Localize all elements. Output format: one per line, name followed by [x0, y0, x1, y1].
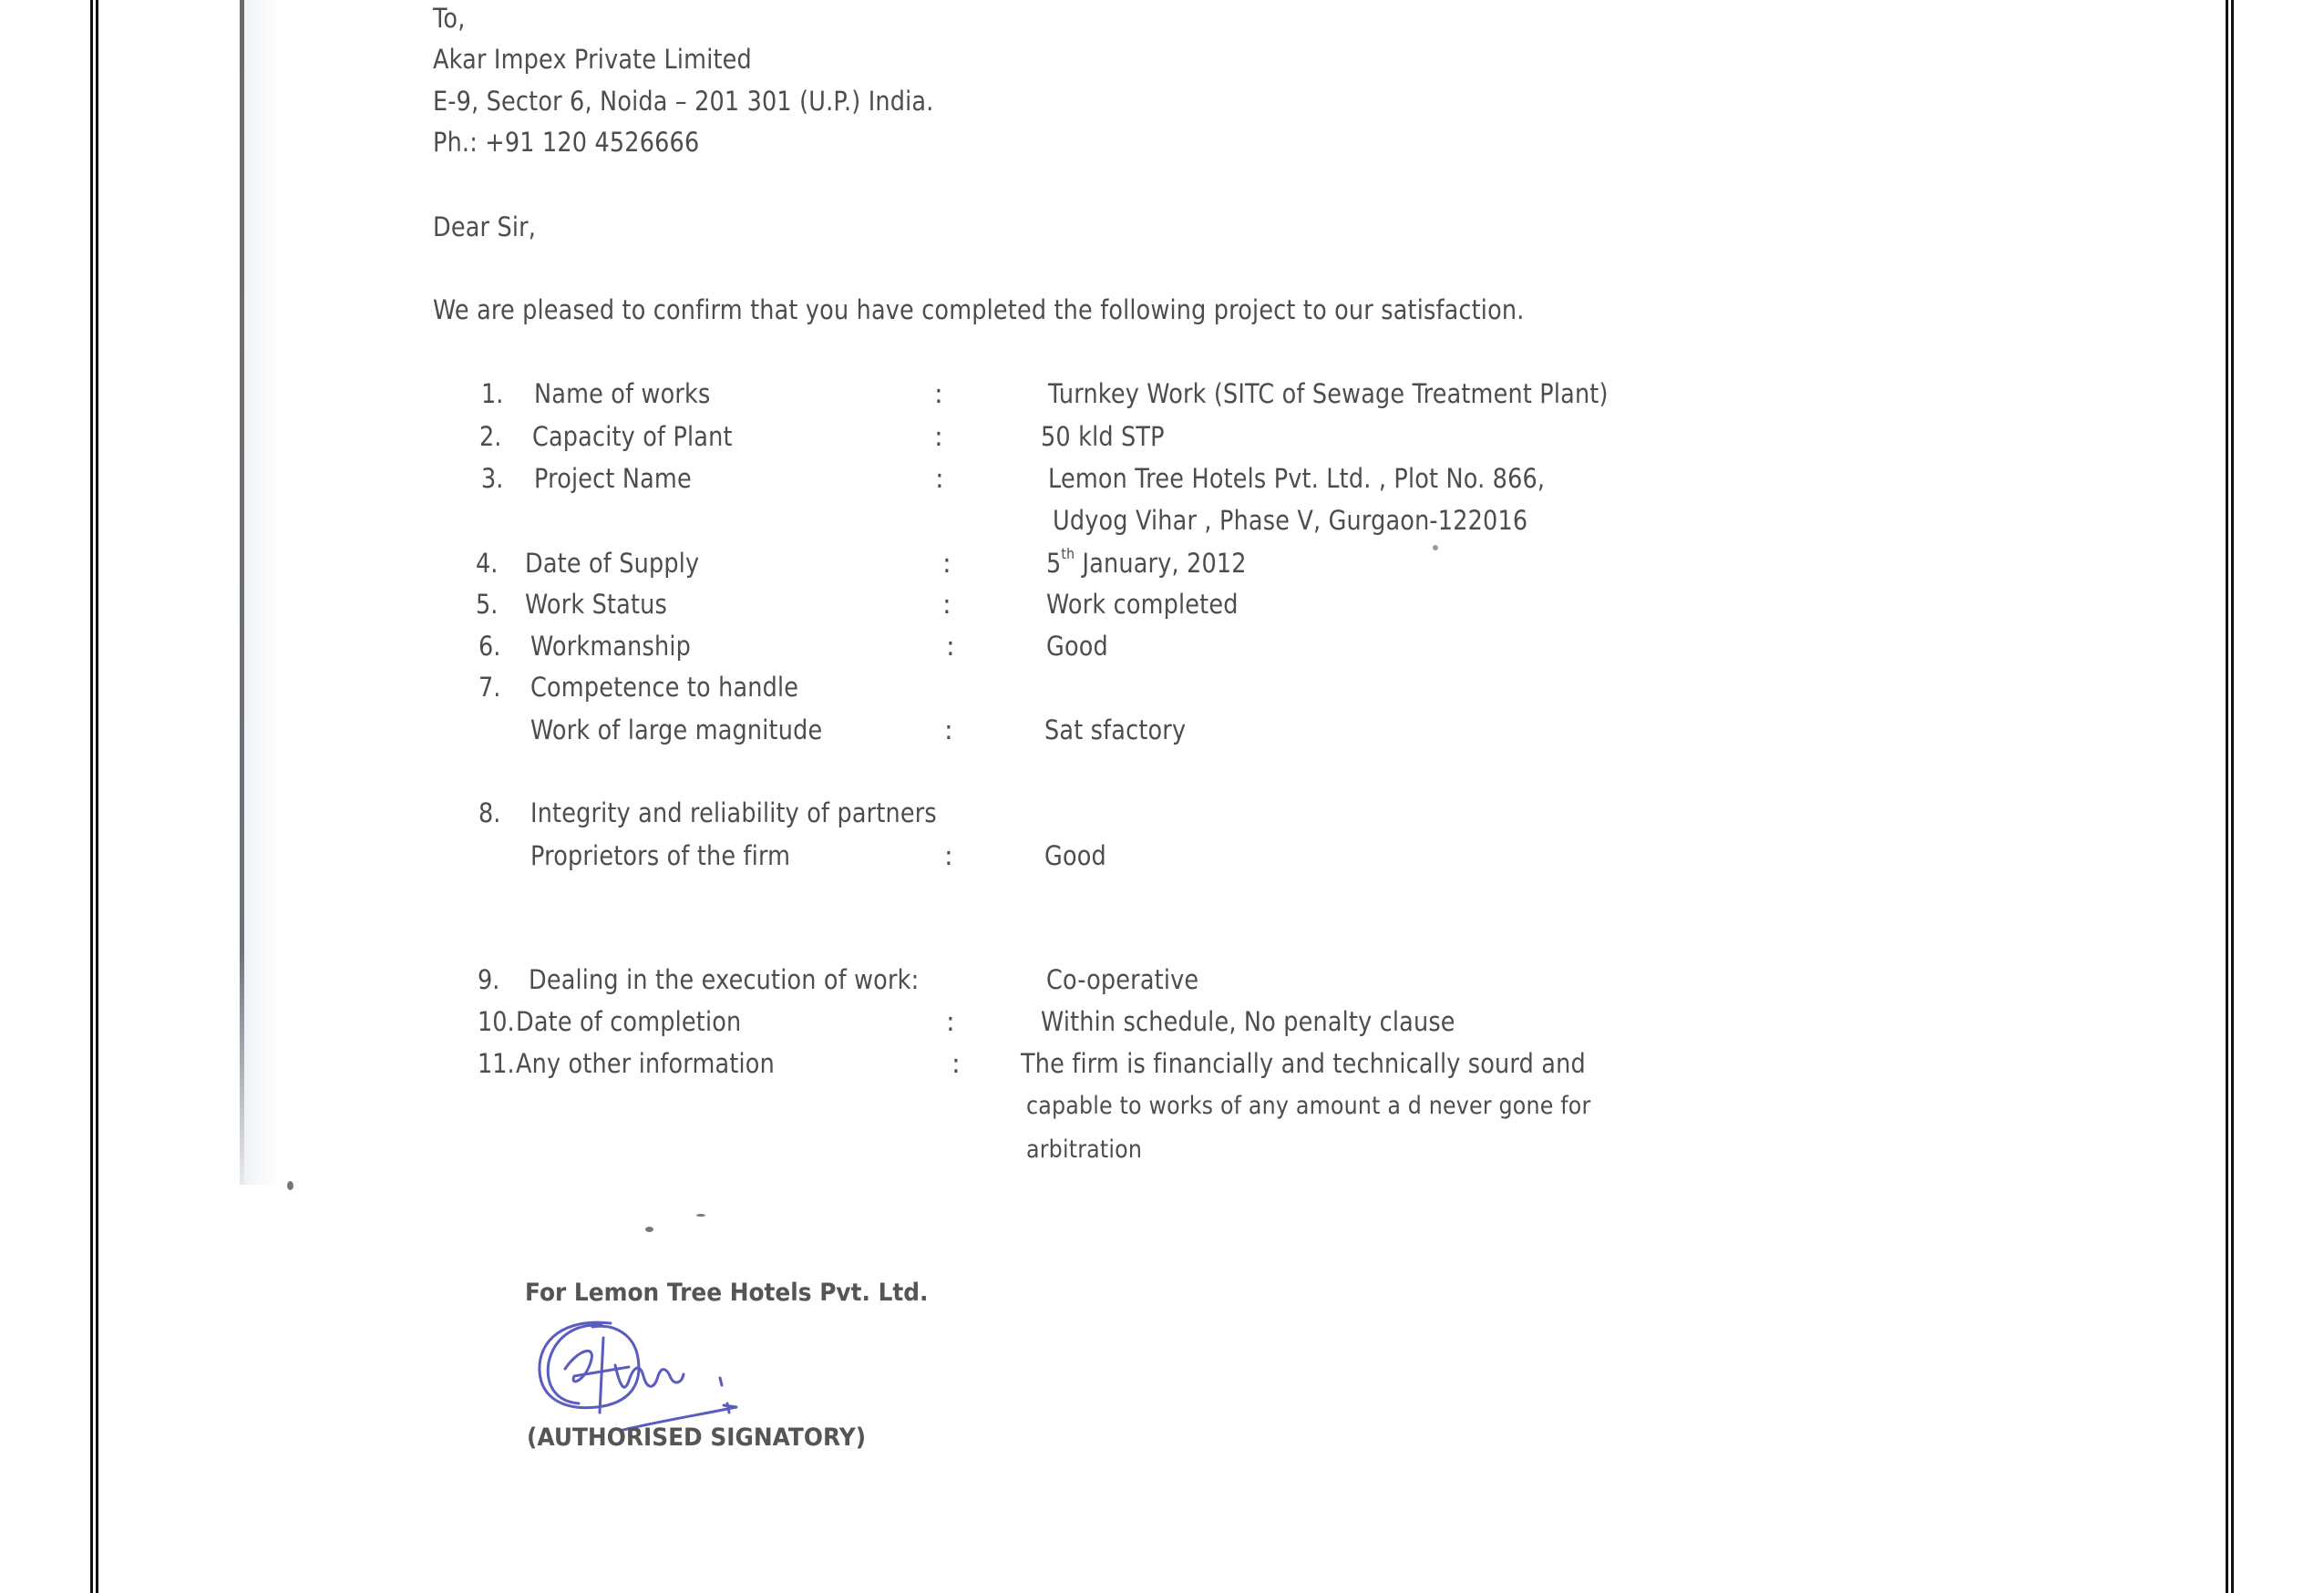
scan-speck [645, 1227, 653, 1232]
date-ordinal-suffix: th [1061, 545, 1075, 562]
item-value: Good [1044, 843, 1106, 869]
page-border-left-inner [96, 0, 98, 1593]
item-label-line2: Work of large magnitude [530, 717, 822, 744]
greeting: Dear Sir, [433, 214, 536, 241]
item-number: 6. [478, 633, 500, 660]
item-label-line2: Proprietors of the firm [530, 843, 790, 869]
page-border-right-outer [2231, 0, 2234, 1593]
item-number: 8. [478, 800, 500, 827]
item-colon: : [944, 717, 953, 744]
item-label: Capacity of Plant [532, 424, 733, 450]
item-colon: : [934, 381, 943, 407]
recipient-address: E-9, Sector 6, Noida – 201 301 (U.P.) In… [433, 88, 934, 115]
item-label: Date of completion [516, 1009, 741, 1035]
page-border-right-inner [2226, 0, 2228, 1593]
item-colon: : [934, 424, 943, 450]
intro-paragraph: We are pleased to confirm that you have … [433, 297, 1525, 324]
scan-speck [696, 1214, 705, 1217]
scan-shadow [244, 0, 281, 1185]
item-value: Sat sfactory [1044, 717, 1186, 744]
item-value-line2: capable to works of any amount a d never… [1026, 1094, 1590, 1118]
scan-speck [287, 1181, 293, 1190]
item-number: 11. [478, 1051, 515, 1077]
item-colon: : [944, 843, 953, 869]
date-day: 5 [1046, 548, 1061, 579]
item-number: 2. [479, 424, 501, 450]
item-value: Good [1046, 633, 1108, 660]
item-colon: : [942, 591, 951, 618]
item-colon: : [946, 1009, 955, 1035]
item-number: 1. [481, 381, 503, 407]
item-value: Lemon Tree Hotels Pvt. Ltd. , Plot No. 8… [1048, 466, 1545, 492]
item-label: Work Status [525, 591, 667, 618]
item-value: 5th January, 2012 [1046, 550, 1247, 577]
sign-for-company: For Lemon Tree Hotels Pvt. Ltd. [525, 1280, 928, 1305]
item-number: 3. [481, 466, 503, 492]
recipient-company: Akar Impex Private Limited [433, 46, 752, 73]
item-number: 9. [478, 967, 499, 993]
salutation-to: To, [433, 5, 466, 32]
item-number: 7. [478, 674, 500, 701]
authorised-signatory: (AUTHORISED SIGNATORY) [527, 1425, 866, 1450]
item-colon: : [946, 633, 955, 660]
item-colon: : [942, 550, 951, 577]
item-label: Project Name [534, 466, 692, 492]
item-number: 4. [476, 550, 498, 577]
recipient-phone: Ph.: +91 120 4526666 [433, 129, 699, 156]
item-label: Name of works [534, 381, 710, 407]
signature-scribble-icon [529, 1312, 820, 1440]
item-value-line2: Udyog Vihar , Phase V, Gurgaon-122016 [1053, 508, 1527, 534]
item-label: Workmanship [530, 633, 691, 660]
item-value: Co-operative [1046, 967, 1198, 993]
signature [529, 1312, 820, 1440]
item-value-line3: arbitration [1026, 1137, 1142, 1162]
item-value: Turnkey Work (SITC of Sewage Treatment P… [1048, 381, 1609, 407]
scan-speck [1433, 545, 1438, 550]
item-value: 50 kld STP [1041, 424, 1165, 450]
item-colon: : [951, 1051, 961, 1077]
item-label: Integrity and reliability of partners [530, 800, 937, 827]
item-number: 10. [478, 1009, 515, 1035]
date-month-year: January, 2012 [1075, 548, 1246, 579]
item-label: Date of Supply [525, 550, 699, 577]
item-colon: : [935, 466, 944, 492]
item-number: 5. [476, 591, 498, 618]
item-label: Any other information [516, 1051, 775, 1077]
item-value: Work completed [1046, 591, 1239, 618]
item-value: Within schedule, No penalty clause [1041, 1009, 1455, 1035]
item-label: Competence to handle [530, 674, 798, 701]
page-border-left-outer [90, 0, 93, 1593]
item-label: Dealing in the execution of work: [529, 967, 919, 993]
item-value: The firm is financially and technically … [1021, 1051, 1586, 1077]
